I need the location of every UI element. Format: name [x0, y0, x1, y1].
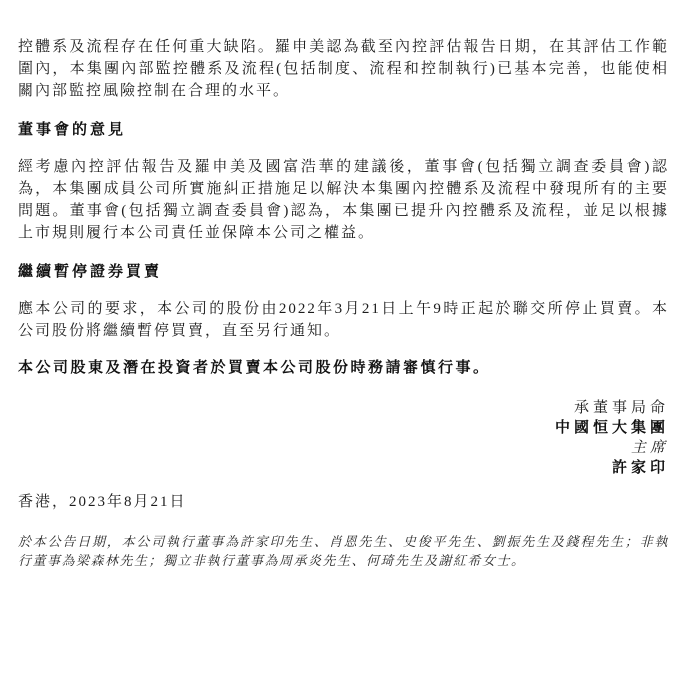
by-order-of-board-line: 承董事局命 [18, 398, 669, 418]
announcement-document-page: 控體系及流程存在任何重大缺陷。羅申美認為截至內控評估報告日期，在其評估工作範圍內… [0, 0, 687, 673]
internal-control-conclusion-paragraph: 控體系及流程存在任何重大缺陷。羅申美認為截至內控評估報告日期，在其評估工作範圍內… [18, 36, 669, 102]
company-name: 中國恒大集團 [18, 418, 669, 438]
signature-block: 承董事局命 中國恒大集團 主席 許家印 [18, 398, 669, 478]
directors-list-footnote: 於本公告日期，本公司執行董事為許家印先生、肖恩先生、史俊平先生、劉振先生及錢程先… [18, 532, 669, 570]
section-heading-continued-suspension: 繼續暫停證券買賣 [18, 261, 669, 283]
dateline: 香港，2023年8月21日 [18, 491, 669, 513]
shareholder-caution-statement: 本公司股東及潛在投資者於買賣本公司股份時務請審慎行事。 [18, 357, 669, 379]
signatory-title: 主席 [18, 438, 669, 458]
board-opinion-paragraph: 經考慮內控評估報告及羅申美及國富浩華的建議後，董事會(包括獨立調查委員會)認為，… [18, 156, 669, 244]
section-heading-board-opinion: 董事會的意見 [18, 119, 669, 141]
signatory-name: 許家印 [18, 458, 669, 478]
trading-suspension-paragraph: 應本公司的要求，本公司的股份由2022年3月21日上午9時正起於聯交所停止買賣。… [18, 298, 669, 342]
